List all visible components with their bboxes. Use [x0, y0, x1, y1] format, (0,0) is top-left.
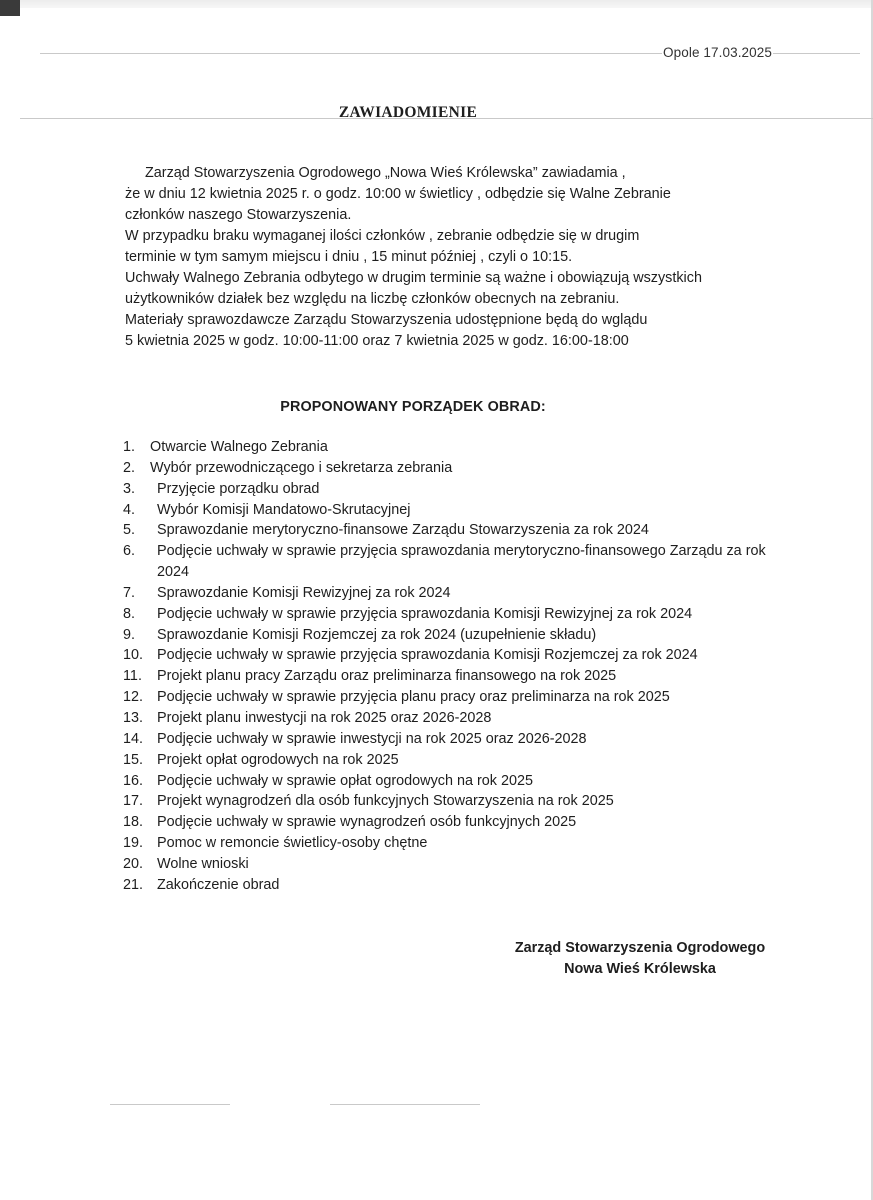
agenda-item: 6.Podjęcie uchwały w sprawie przyjęcia s… — [123, 541, 803, 583]
agenda-item-text: Otwarcie Walnego Zebrania — [150, 437, 328, 458]
document-title: ZAWIADOMIENIE — [0, 104, 816, 122]
agenda-item: 20.Wolne wnioski — [123, 854, 803, 875]
agenda-item-number: 11. — [123, 666, 157, 687]
agenda-item-number: 6. — [123, 541, 157, 583]
notice-line: Materiały sprawozdawcze Zarządu Stowarzy… — [125, 310, 775, 331]
agenda-item: 19.Pomoc w remoncie świetlicy-osoby chęt… — [123, 833, 803, 854]
signature-block: Zarząd Stowarzyszenia Ogrodowego Nowa Wi… — [500, 938, 780, 980]
agenda-item-number: 7. — [123, 583, 157, 604]
notice-line: użytkowników działek bez względu na licz… — [125, 289, 775, 310]
agenda-heading: PROPONOWANY PORZĄDEK OBRAD: — [0, 399, 826, 415]
agenda-item-number: 1. — [123, 437, 150, 458]
agenda-item: 10.Podjęcie uchwały w sprawie przyjęcia … — [123, 645, 803, 666]
agenda-item-text: Podjęcie uchwały w sprawie przyjęcia spr… — [157, 604, 692, 625]
agenda-item: 15.Projekt opłat ogrodowych na rok 2025 — [123, 750, 803, 771]
agenda-item-text: Projekt planu inwestycji na rok 2025 ora… — [157, 708, 491, 729]
agenda-list: 1.Otwarcie Walnego Zebrania2.Wybór przew… — [123, 437, 803, 896]
agenda-item-text: Wybór Komisji Mandatowo-Skrutacyjnej — [157, 500, 410, 521]
agenda-item-text: Podjęcie uchwały w sprawie wynagrodzeń o… — [157, 812, 576, 833]
agenda-item-text: Przyjęcie porządku obrad — [157, 479, 319, 500]
agenda-item: 8.Podjęcie uchwały w sprawie przyjęcia s… — [123, 604, 803, 625]
agenda-item: 2.Wybór przewodniczącego i sekretarza ze… — [123, 458, 803, 479]
notice-line: członków naszego Stowarzyszenia. — [125, 205, 775, 226]
agenda-item-number: 18. — [123, 812, 157, 833]
agenda-item: 14.Podjęcie uchwały w sprawie inwestycji… — [123, 729, 803, 750]
scan-corner-artifact — [0, 0, 20, 16]
notice-line: 5 kwietnia 2025 w godz. 10:00-11:00 oraz… — [125, 331, 775, 352]
scan-line — [110, 1104, 230, 1105]
signature-line-1: Zarząd Stowarzyszenia Ogrodowego — [500, 938, 780, 959]
signature-line-2: Nowa Wieś Królewska — [500, 959, 780, 980]
agenda-item-text: Podjęcie uchwały w sprawie przyjęcia spr… — [157, 541, 797, 583]
agenda-item-number: 5. — [123, 520, 157, 541]
agenda-item: 5.Sprawozdanie merytoryczno-finansowe Za… — [123, 520, 803, 541]
notice-line: Uchwały Walnego Zebrania odbytego w drug… — [125, 268, 775, 289]
agenda-item: 7.Sprawozdanie Komisji Rewizyjnej za rok… — [123, 583, 803, 604]
agenda-item: 18.Podjęcie uchwały w sprawie wynagrodze… — [123, 812, 803, 833]
agenda-item-text: Podjęcie uchwały w sprawie opłat ogrodow… — [157, 771, 533, 792]
agenda-item: 21.Zakończenie obrad — [123, 875, 803, 896]
agenda-item-text: Projekt wynagrodzeń dla osób funkcyjnych… — [157, 791, 614, 812]
agenda-item-text: Wybór przewodniczącego i sekretarza zebr… — [150, 458, 452, 479]
agenda-item: 3.Przyjęcie porządku obrad — [123, 479, 803, 500]
agenda-item-number: 13. — [123, 708, 157, 729]
agenda-item-text: Sprawozdanie merytoryczno-finansowe Zarz… — [157, 520, 649, 541]
agenda-item-number: 12. — [123, 687, 157, 708]
notice-line: W przypadku braku wymaganej ilości człon… — [125, 226, 775, 247]
agenda-item-number: 14. — [123, 729, 157, 750]
agenda-item: 13.Projekt planu inwestycji na rok 2025 … — [123, 708, 803, 729]
agenda-item-text: Projekt planu pracy Zarządu oraz prelimi… — [157, 666, 616, 687]
agenda-item-number: 2. — [123, 458, 150, 479]
notice-line: terminie w tym samym miejscu i dniu , 15… — [125, 247, 775, 268]
agenda-item-text: Pomoc w remoncie świetlicy-osoby chętne — [157, 833, 427, 854]
agenda-item: 17.Projekt wynagrodzeń dla osób funkcyjn… — [123, 791, 803, 812]
agenda-item-text: Projekt opłat ogrodowych na rok 2025 — [157, 750, 399, 771]
agenda-item-number: 19. — [123, 833, 157, 854]
agenda-item-number: 15. — [123, 750, 157, 771]
agenda-item-number: 3. — [123, 479, 157, 500]
agenda-item-text: Podjęcie uchwały w sprawie inwestycji na… — [157, 729, 587, 750]
agenda-item-number: 8. — [123, 604, 157, 625]
agenda-item-number: 21. — [123, 875, 157, 896]
agenda-item: 12.Podjęcie uchwały w sprawie przyjęcia … — [123, 687, 803, 708]
scan-line — [330, 1104, 480, 1105]
scan-top-band — [20, 0, 873, 8]
agenda-item-number: 17. — [123, 791, 157, 812]
notice-line: że w dniu 12 kwietnia 2025 r. o godz. 10… — [125, 184, 775, 205]
document-date: Opole 17.03.2025 — [662, 45, 773, 60]
notice-body: Zarząd Stowarzyszenia Ogrodowego „Nowa W… — [125, 163, 775, 352]
agenda-item-text: Zakończenie obrad — [157, 875, 279, 896]
agenda-item-text: Sprawozdanie Komisji Rozjemczej za rok 2… — [157, 625, 596, 646]
notice-line: Zarząd Stowarzyszenia Ogrodowego „Nowa W… — [125, 163, 775, 184]
agenda-item: 16.Podjęcie uchwały w sprawie opłat ogro… — [123, 771, 803, 792]
agenda-item: 11.Projekt planu pracy Zarządu oraz prel… — [123, 666, 803, 687]
agenda-item-number: 16. — [123, 771, 157, 792]
agenda-item-text: Podjęcie uchwały w sprawie przyjęcia spr… — [157, 645, 698, 666]
agenda-item-number: 20. — [123, 854, 157, 875]
agenda-item-number: 4. — [123, 500, 157, 521]
agenda-item-text: Sprawozdanie Komisji Rewizyjnej za rok 2… — [157, 583, 451, 604]
agenda-item-text: Podjęcie uchwały w sprawie przyjęcia pla… — [157, 687, 670, 708]
agenda-item-number: 10. — [123, 645, 157, 666]
agenda-item-text: Wolne wnioski — [157, 854, 249, 875]
agenda-item-number: 9. — [123, 625, 157, 646]
agenda-item: 4.Wybór Komisji Mandatowo-Skrutacyjnej — [123, 500, 803, 521]
agenda-item: 1.Otwarcie Walnego Zebrania — [123, 437, 803, 458]
agenda-item: 9.Sprawozdanie Komisji Rozjemczej za rok… — [123, 625, 803, 646]
